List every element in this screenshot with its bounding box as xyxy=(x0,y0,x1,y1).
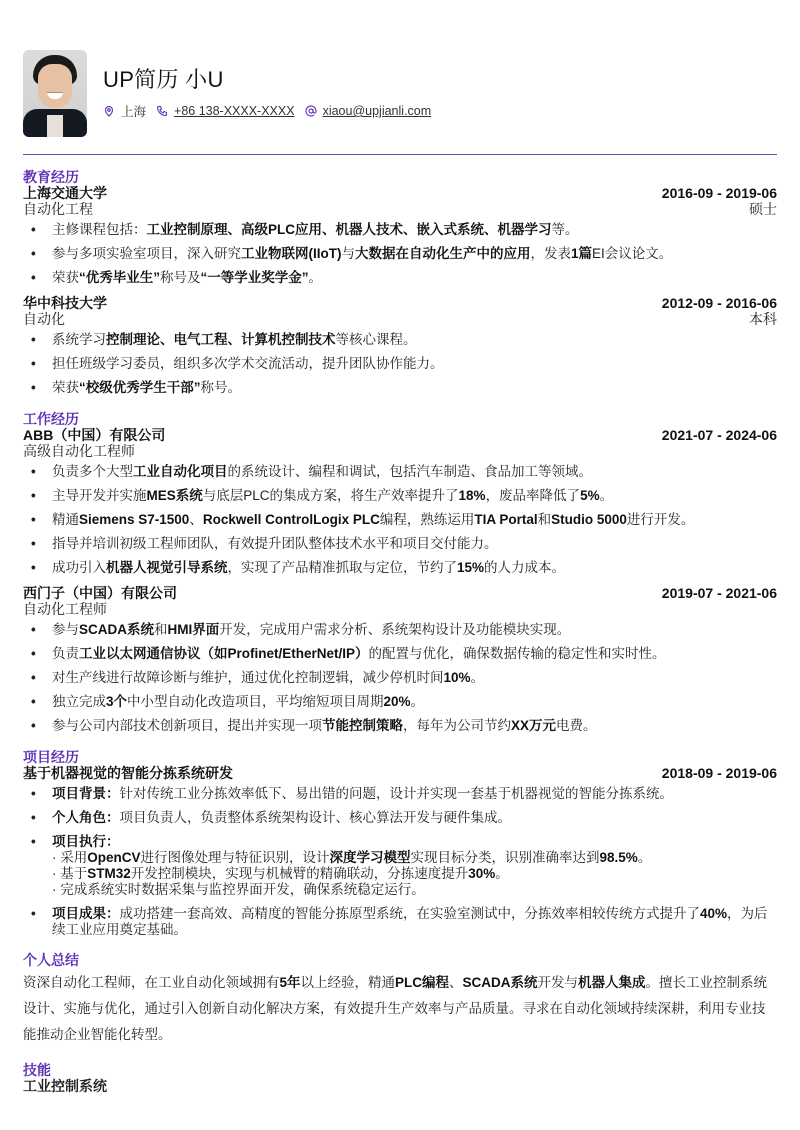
emphasis-text: 98.5% xyxy=(600,850,638,865)
text-run: 成功搭建一套高效、高精度的智能分拣原型系统，在实验室测试中，分拣效率相较传统方式… xyxy=(120,906,701,921)
text-run: 开发，完成用户需求分析、系统架构设计及功能模块实现。 xyxy=(219,622,570,637)
bullet-item: 担任班级学习委员，组织多次学术交流活动，提升团队协作能力。 xyxy=(23,356,777,372)
project-entry: 基于机器视觉的智能分拣系统研发2018-09 - 2019-06项目背景：针对传… xyxy=(23,765,777,938)
text-run: 成功引入 xyxy=(52,560,106,575)
emphasis-text: OpenCV xyxy=(87,850,140,865)
emphasis-text: 工业自动化项目 xyxy=(133,464,228,479)
date-range: 2018-09 - 2019-06 xyxy=(662,765,777,781)
text-run: 指导并培训初级工程师团队，有效提升团队整体技术水平和项目交付能力。 xyxy=(52,536,498,551)
entry-subheader: 自动化工程硕士 xyxy=(23,201,777,217)
emphasis-text: XX万元 xyxy=(511,718,556,733)
text-run: 与底层PLC的集成方案，将生产效率提升了 xyxy=(203,488,459,503)
bullet-list: 参与SCADA系统和HMI界面开发，完成用户需求分析、系统架构设计及功能模块实现… xyxy=(23,622,777,734)
emphasis-text: “一等学业奖学金” xyxy=(201,270,309,285)
emphasis-text: 5年 xyxy=(280,975,301,990)
emphasis-text: Siemens S7-1500 xyxy=(79,512,189,527)
work-section: 工作经历 ABB（中国）有限公司2021-07 - 2024-06高级自动化工程… xyxy=(23,411,777,734)
degree: 本科 xyxy=(749,311,777,327)
text-run: ，发表 xyxy=(531,246,572,261)
bullet-item: 负责多个大型工业自动化项目的系统设计、编程和调试，包括汽车制造、食品加工等领域。 xyxy=(23,464,777,480)
text-run: ，废品率降低了 xyxy=(486,488,581,503)
text-run: 开发控制模块，实现与机械臂的精确联动，分拣速度提升 xyxy=(131,866,469,881)
skill-group-title: 工业控制系统 xyxy=(23,1078,777,1094)
resume-page: UP简历 小U 上海 +86 138-XXXX-XXXX xiaou@upjia… xyxy=(0,0,800,1094)
phone-icon xyxy=(156,105,168,117)
bullet-item: 指导并培训初级工程师团队，有效提升团队整体技术水平和项目交付能力。 xyxy=(23,536,777,552)
text-run: ，每年为公司节约 xyxy=(403,718,511,733)
work-entry: 西门子（中国）有限公司2019-07 - 2021-06自动化工程师参与SCAD… xyxy=(23,585,777,734)
text-run: 参与多项实验室项目，深入研究 xyxy=(52,246,241,261)
text-run: ，实现了产品精准抓取与定位，节约了 xyxy=(228,560,458,575)
candidate-name: UP简历 小U xyxy=(103,63,441,94)
text-run: 与 xyxy=(342,246,356,261)
emphasis-text: 项目成果： xyxy=(52,906,120,921)
emphasis-text: 15% xyxy=(457,560,484,575)
emphasis-text: 18% xyxy=(459,488,486,503)
text-run: 和 xyxy=(154,622,168,637)
emphasis-text: 节能控制策略 xyxy=(322,718,403,733)
entry-header: 基于机器视觉的智能分拣系统研发2018-09 - 2019-06 xyxy=(23,765,777,781)
phone-link[interactable]: +86 138-XXXX-XXXX xyxy=(174,104,295,118)
text-run: 荣获 xyxy=(52,270,79,285)
contact-location: 上海 xyxy=(103,102,146,120)
project-name: 基于机器视觉的智能分拣系统研发 xyxy=(23,765,233,781)
entry-header: 西门子（中国）有限公司2019-07 - 2021-06 xyxy=(23,585,777,601)
job-title: 高级自动化工程师 xyxy=(23,443,135,459)
emphasis-text: 工业控制原理、高级PLC应用、机器人技术、嵌入式系统、机器学习 xyxy=(147,222,552,237)
emphasis-text: 控制理论、电气工程、计算机控制技术 xyxy=(106,332,336,347)
bullet-item: 个人角色：项目负责人，负责整体系统架构设计、核心算法开发与硬件集成。 xyxy=(23,810,777,826)
date-range: 2012-09 - 2016-06 xyxy=(662,295,777,311)
emphasis-text: SCADA系统 xyxy=(463,975,538,990)
at-icon xyxy=(305,105,317,117)
company-name: 西门子（中国）有限公司 xyxy=(23,585,177,601)
bullet-list: 负责多个大型工业自动化项目的系统设计、编程和调试，包括汽车制造、食品加工等领域。… xyxy=(23,464,777,576)
emphasis-text: 项目执行： xyxy=(52,834,120,849)
resume-header: UP简历 小U 上海 +86 138-XXXX-XXXX xiaou@upjia… xyxy=(23,0,777,137)
bullet-item: 荣获“优秀毕业生”称号及“一等学业奖学金”。 xyxy=(23,270,777,286)
text-run: 、 xyxy=(189,512,203,527)
text-run: EI会议论文。 xyxy=(592,246,672,261)
bullet-line: 项目背景：针对传统工业分拣效率低下、易出错的问题，设计并实现一套基于机器视觉的智… xyxy=(52,786,777,802)
emphasis-text: 个人角色： xyxy=(52,810,120,825)
entry-subheader: 自动化本科 xyxy=(23,311,777,327)
section-title: 个人总结 xyxy=(23,952,777,968)
bullet-item: 对生产线进行故障诊断与维护，通过优化控制逻辑，减少停机时间10%。 xyxy=(23,670,777,686)
text-run: 中小型自动化改造项目，平均缩短项目周期 xyxy=(127,694,384,709)
bullet-list: 项目背景：针对传统工业分拣效率低下、易出错的问题，设计并实现一套基于机器视觉的智… xyxy=(23,786,777,938)
bullet-item: 荣获“校级优秀学生干部”称号。 xyxy=(23,380,777,396)
bullet-line: 项目成果：成功搭建一套高效、高精度的智能分拣原型系统，在实验室测试中，分拣效率相… xyxy=(52,906,777,938)
text-run: 。 xyxy=(309,270,323,285)
text-run: 编程，熟练运用 xyxy=(380,512,475,527)
projects-section: 项目经历 基于机器视觉的智能分拣系统研发2018-09 - 2019-06项目背… xyxy=(23,749,777,938)
emphasis-text: 20% xyxy=(384,694,411,709)
emphasis-text: 10% xyxy=(444,670,471,685)
section-title: 教育经历 xyxy=(23,169,777,185)
emphasis-text: 40% xyxy=(700,906,727,921)
work-entry: ABB（中国）有限公司2021-07 - 2024-06高级自动化工程师负责多个… xyxy=(23,427,777,576)
text-run: 的系统设计、编程和调试，包括汽车制造、食品加工等领域。 xyxy=(228,464,593,479)
text-run: 参与 xyxy=(52,622,79,637)
text-run: · 基于 xyxy=(52,866,87,881)
emphasis-text: 3个 xyxy=(106,694,127,709)
emphasis-text: SCADA系统 xyxy=(79,622,154,637)
text-run: 参与公司内部技术创新项目，提出并实现一项 xyxy=(52,718,322,733)
text-run: 等核心课程。 xyxy=(336,332,417,347)
bullet-item: 成功引入机器人视觉引导系统，实现了产品精准抓取与定位，节约了15%的人力成本。 xyxy=(23,560,777,576)
skills-section: 技能 工业控制系统 xyxy=(23,1062,777,1094)
major: 自动化 xyxy=(23,311,65,327)
emphasis-text: “校级优秀学生干部” xyxy=(79,380,201,395)
text-run: 对生产线进行故障诊断与维护，通过优化控制逻辑，减少停机时间 xyxy=(52,670,444,685)
entry-subheader: 自动化工程师 xyxy=(23,601,777,617)
text-run: 担任班级学习委员，组织多次学术交流活动，提升团队协作能力。 xyxy=(52,356,444,371)
text-run: 资深自动化工程师，在工业自动化领域拥有 xyxy=(23,975,280,990)
location-pin-icon xyxy=(103,105,115,117)
text-run: 系统学习 xyxy=(52,332,106,347)
emphasis-text: 1篇 xyxy=(571,246,592,261)
summary-text: 资深自动化工程师，在工业自动化领域拥有5年以上经验，精通PLC编程、SCADA系… xyxy=(23,970,777,1048)
contact-row: 上海 +86 138-XXXX-XXXX xiaou@upjianli.com xyxy=(103,102,441,120)
emphasis-text: 工业物联网(IIoT) xyxy=(241,246,342,261)
text-run: 和 xyxy=(538,512,552,527)
section-title: 技能 xyxy=(23,1062,777,1078)
text-run: 。 xyxy=(471,670,485,685)
degree: 硕士 xyxy=(749,201,777,217)
emphasis-text: 大数据在自动化生产中的应用 xyxy=(355,246,531,261)
emphasis-text: 30% xyxy=(468,866,495,881)
bullet-line: 项目执行： xyxy=(52,834,777,850)
text-run: 的人力成本。 xyxy=(484,560,565,575)
contact-phone: +86 138-XXXX-XXXX xyxy=(156,104,295,118)
text-run: 、 xyxy=(449,975,463,990)
education-section: 教育经历 上海交通大学2016-09 - 2019-06自动化工程硕士主修课程包… xyxy=(23,169,777,396)
company-name: ABB（中国）有限公司 xyxy=(23,427,165,443)
emphasis-text: 5% xyxy=(580,488,600,503)
emphasis-text: 深度学习模型 xyxy=(330,850,411,865)
bullet-item: 精通Siemens S7-1500、Rockwell ControlLogix … xyxy=(23,512,777,528)
bullet-item: 参与多项实验室项目，深入研究工业物联网(IIoT)与大数据在自动化生产中的应用，… xyxy=(23,246,777,262)
entry-header: 华中科技大学2012-09 - 2016-06 xyxy=(23,295,777,311)
school-name: 上海交通大学 xyxy=(23,185,107,201)
entry-header: 上海交通大学2016-09 - 2019-06 xyxy=(23,185,777,201)
education-entry: 上海交通大学2016-09 - 2019-06自动化工程硕士主修课程包括：工业控… xyxy=(23,185,777,286)
emphasis-text: Studio 5000 xyxy=(551,512,627,527)
school-name: 华中科技大学 xyxy=(23,295,107,311)
job-title: 自动化工程师 xyxy=(23,601,107,617)
emphasis-text: HMI界面 xyxy=(168,622,220,637)
text-run: 。 xyxy=(600,488,614,503)
text-run: 荣获 xyxy=(52,380,79,395)
header-divider xyxy=(23,154,777,155)
text-run: 电费。 xyxy=(556,718,597,733)
bullet-item: 参与公司内部技术创新项目，提出并实现一项节能控制策略，每年为公司节约XX万元电费… xyxy=(23,718,777,734)
text-run: 以上经验，精通 xyxy=(301,975,396,990)
text-run: 。 xyxy=(411,694,425,709)
email-link[interactable]: xiaou@upjianli.com xyxy=(323,104,432,118)
text-run: 独立完成 xyxy=(52,694,106,709)
emphasis-text: TIA Portal xyxy=(474,512,537,527)
text-run: · 采用 xyxy=(52,850,87,865)
text-run: · 完成系统实时数据采集与监控界面开发，确保系统稳定运行。 xyxy=(52,882,425,897)
bullet-item: 主修课程包括：工业控制原理、高级PLC应用、机器人技术、嵌入式系统、机器学习等。 xyxy=(23,222,777,238)
emphasis-text: MES系统 xyxy=(147,488,203,503)
emphasis-text: 项目背景： xyxy=(52,786,120,801)
text-run: 。 xyxy=(638,850,652,865)
location-text: 上海 xyxy=(121,102,146,120)
date-range: 2016-09 - 2019-06 xyxy=(662,185,777,201)
date-range: 2019-07 - 2021-06 xyxy=(662,585,777,601)
emphasis-text: 机器人集成 xyxy=(578,975,646,990)
identity-block: UP简历 小U 上海 +86 138-XXXX-XXXX xiaou@upjia… xyxy=(103,67,441,120)
bullet-item: 负责工业以太网通信协议（如Profinet/EtherNet/IP）的配置与优化… xyxy=(23,646,777,662)
section-title: 项目经历 xyxy=(23,749,777,765)
text-run: 进行开发。 xyxy=(627,512,695,527)
emphasis-text: Rockwell ControlLogix PLC xyxy=(203,512,380,527)
sub-bullet-line: · 完成系统实时数据采集与监控界面开发，确保系统稳定运行。 xyxy=(52,882,777,898)
date-range: 2021-07 - 2024-06 xyxy=(662,427,777,443)
text-run: 针对传统工业分拣效率低下、易出错的问题，设计并实现一套基于机器视觉的智能分拣系统… xyxy=(120,786,674,801)
text-run: 的配置与优化，确保数据传输的稳定性和实时性。 xyxy=(369,646,666,661)
bullet-line: 个人角色：项目负责人，负责整体系统架构设计、核心算法开发与硬件集成。 xyxy=(52,810,777,826)
bullet-item: 项目执行：· 采用OpenCV进行图像处理与特征识别，设计深度学习模型实现目标分… xyxy=(23,834,777,898)
bullet-item: 项目成果：成功搭建一套高效、高精度的智能分拣原型系统，在实验室测试中，分拣效率相… xyxy=(23,906,777,938)
bullet-item: 参与SCADA系统和HMI界面开发，完成用户需求分析、系统架构设计及功能模块实现… xyxy=(23,622,777,638)
education-entry: 华中科技大学2012-09 - 2016-06自动化本科系统学习控制理论、电气工… xyxy=(23,295,777,396)
text-run: 实现目标分类，识别准确率达到 xyxy=(411,850,600,865)
text-run: 主导开发并实施 xyxy=(52,488,147,503)
emphasis-text: 工业以太网通信协议（如Profinet/EtherNet/IP） xyxy=(79,646,369,661)
bullet-item: 主导开发并实施MES系统与底层PLC的集成方案，将生产效率提升了18%，废品率降… xyxy=(23,488,777,504)
avatar xyxy=(23,50,87,137)
contact-email: xiaou@upjianli.com xyxy=(305,104,432,118)
sub-bullet-line: · 采用OpenCV进行图像处理与特征识别，设计深度学习模型实现目标分类，识别准… xyxy=(52,850,777,866)
bullet-item: 独立完成3个中小型自动化改造项目，平均缩短项目周期20%。 xyxy=(23,694,777,710)
text-run: 称号及 xyxy=(160,270,201,285)
text-run: 精通 xyxy=(52,512,79,527)
text-run: 负责多个大型 xyxy=(52,464,133,479)
sub-bullet-line: · 基于STM32开发控制模块，实现与机械臂的精确联动，分拣速度提升30%。 xyxy=(52,866,777,882)
text-run: 项目负责人，负责整体系统架构设计、核心算法开发与硬件集成。 xyxy=(120,810,512,825)
text-run: 负责 xyxy=(52,646,79,661)
text-run: 。 xyxy=(495,866,509,881)
emphasis-text: 机器人视觉引导系统 xyxy=(106,560,228,575)
text-run: 开发与 xyxy=(538,975,579,990)
summary-section: 个人总结 资深自动化工程师，在工业自动化领域拥有5年以上经验，精通PLC编程、S… xyxy=(23,952,777,1048)
bullet-list: 主修课程包括：工业控制原理、高级PLC应用、机器人技术、嵌入式系统、机器学习等。… xyxy=(23,222,777,286)
text-run: 进行图像处理与特征识别，设计 xyxy=(141,850,330,865)
text-run: 等。 xyxy=(552,222,579,237)
emphasis-text: STM32 xyxy=(87,866,131,881)
entry-header: ABB（中国）有限公司2021-07 - 2024-06 xyxy=(23,427,777,443)
entry-subheader: 高级自动化工程师 xyxy=(23,443,777,459)
bullet-item: 系统学习控制理论、电气工程、计算机控制技术等核心课程。 xyxy=(23,332,777,348)
emphasis-text: PLC编程 xyxy=(395,975,449,990)
section-title: 工作经历 xyxy=(23,411,777,427)
text-run: 称号。 xyxy=(201,380,242,395)
bullet-item: 项目背景：针对传统工业分拣效率低下、易出错的问题，设计并实现一套基于机器视觉的智… xyxy=(23,786,777,802)
bullet-list: 系统学习控制理论、电气工程、计算机控制技术等核心课程。担任班级学习委员，组织多次… xyxy=(23,332,777,396)
text-run: 主修课程包括： xyxy=(52,222,147,237)
emphasis-text: “优秀毕业生” xyxy=(79,270,160,285)
major: 自动化工程 xyxy=(23,201,93,217)
